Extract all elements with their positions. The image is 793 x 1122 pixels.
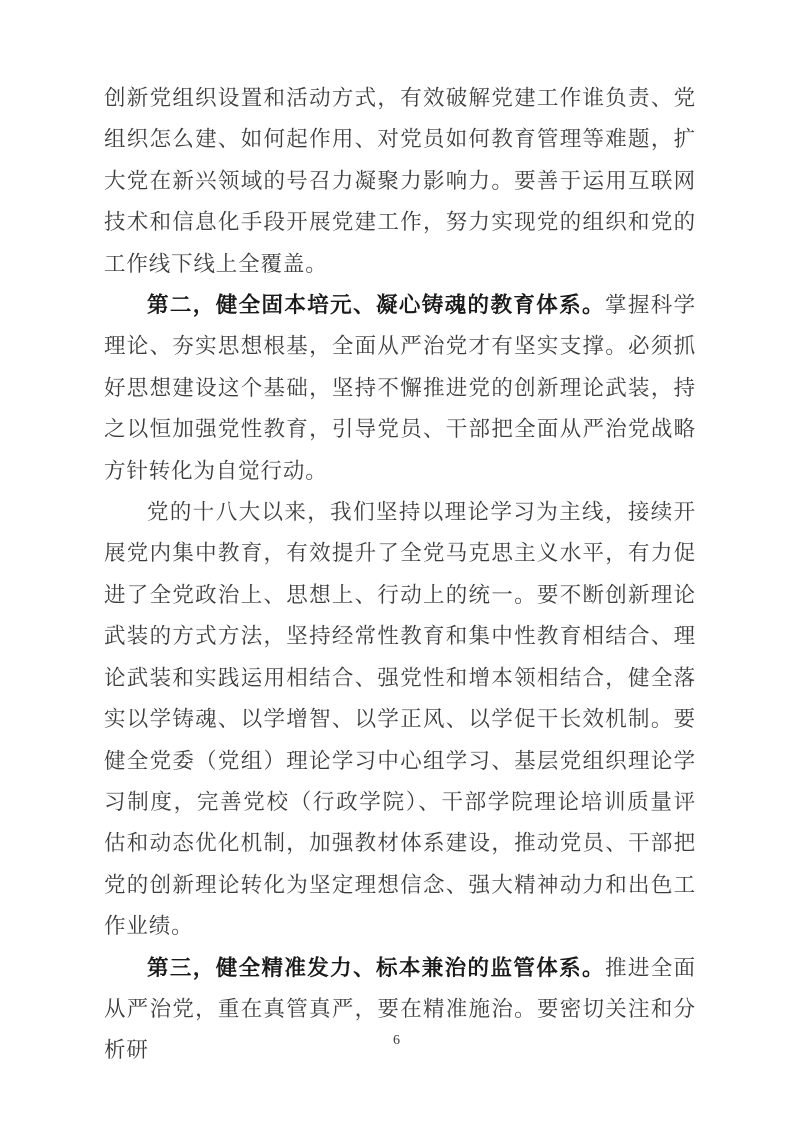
page-number: 6	[0, 1032, 793, 1050]
paragraph-third-point: 第三，健全精准发力、标本兼治的监管体系。推进全面从严治党，重在真管真严，要在精准…	[104, 948, 696, 1072]
paragraph-text: 党的十八大以来，我们坚持以理论学习为主线，接续开展党内集中教育，有效提升了全党马…	[104, 500, 696, 938]
document-body: 创新党组织设置和活动方式，有效破解党建工作谁负责、党组织怎么建、如何起作用、对党…	[104, 78, 696, 1072]
paragraph-text: 创新党组织设置和活动方式，有效破解党建工作谁负责、党组织怎么建、如何起作用、对党…	[104, 86, 696, 276]
paragraph-text: 掌握科学理论、夯实思想根基，全面从严治党才有坚实支撑。必须抓好思想建设这个基础，…	[104, 293, 696, 483]
paragraph-bold-lead: 第二，健全固本培元、凝心铸魂的教育体系。	[147, 293, 605, 317]
paragraph-theory-study: 党的十八大以来，我们坚持以理论学习为主线，接续开展党内集中教育，有效提升了全党马…	[104, 492, 696, 947]
document-page: 创新党组织设置和活动方式，有效破解党建工作谁负责、党组织怎么建、如何起作用、对党…	[0, 0, 793, 1122]
paragraph-second-point: 第二，健全固本培元、凝心铸魂的教育体系。掌握科学理论、夯实思想根基，全面从严治党…	[104, 285, 696, 492]
paragraph-bold-lead: 第三，健全精准发力、标本兼治的监管体系。	[147, 956, 605, 980]
paragraph-continuation: 创新党组织设置和活动方式，有效破解党建工作谁负责、党组织怎么建、如何起作用、对党…	[104, 78, 696, 285]
